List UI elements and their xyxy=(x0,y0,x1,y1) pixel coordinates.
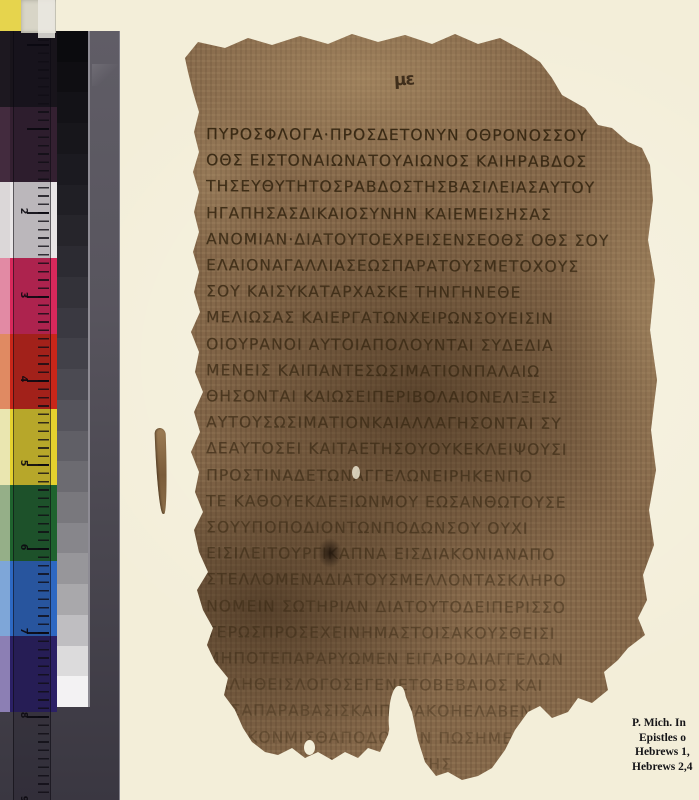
papyrus-text-line: ΠΥΡΟΣΦΛΟΓΑ·ΠΡΟΣΔΕΤΟΝΥΝ ΟΘΡΟΝΟΣΣΟΥ xyxy=(206,125,588,145)
papyrus-text-line: ΟΘΣ ΕΙΣΤΟΝΑΙΩΝΑΤΟΥΑΙΩΝΟΣ ΚΑΙΗΡΑΒΔΟΣ xyxy=(206,151,587,171)
ruler-number-9: 9 xyxy=(17,793,29,800)
color-patch-left-maroon xyxy=(0,107,10,183)
ink-blot xyxy=(318,538,342,568)
grayscale-step-18 xyxy=(57,584,88,615)
ruler-number-4: 4 xyxy=(17,373,29,385)
yellow-patch-top xyxy=(0,0,22,31)
grayscale-step-17 xyxy=(57,553,88,584)
color-patch-left-green xyxy=(0,485,10,561)
papyrus-text-line: ΤΗΣΕΥΘΥΤΗΤΟΣΡΑΒΔΟΣΤΗΣΒΑΣΙΛΕΙΑΣΑΥΤΟΥ xyxy=(206,178,595,198)
color-patch-left-red xyxy=(0,334,10,410)
caption-line: Hebrews 2,4 xyxy=(630,760,699,775)
papyrus-text-line: ΕΚΦΕΥΞΟΜΕΘΑ ΤΗΛΙΚΑΥΤΗΣ xyxy=(206,754,452,773)
papyrus-text-line: ΤΕΡΩΣΠΡΟΣΕΧΕΙΝΗΜΑΣΤΟΙΣΑΚΟΥΣΘΕΙΣΙ xyxy=(206,623,556,643)
papyrus-text-line: ΛΑΛΗΘΕΙΣΛΟΓΟΣΕΓΕΝΕΤΟΒΕΒΑΙΟΣ ΚΑΙ xyxy=(206,675,543,694)
papyrus-text-line: ΔΕΑΥΤΟΣΕΙ ΚΑΙΤΑΕΤΗΣΟΥΟΥΚΕΚΛΕΙΨΟΥΣΙ xyxy=(206,440,567,460)
papyrus-fragment-sliver xyxy=(155,428,169,514)
tape-piece-small xyxy=(38,0,55,38)
color-patch-left-black xyxy=(0,31,10,107)
ruler-number-6: 6 xyxy=(17,541,29,553)
ruler-number-7: 7 xyxy=(17,625,29,637)
color-patch-left-yellow xyxy=(0,409,10,485)
grayscale-step-6 xyxy=(57,215,88,246)
color-patch-left-violet xyxy=(0,636,10,712)
papyrus-text-line: ΠΑΣΑΠΑΡΑΒΑΣΙΣΚΑΙΠΑΡΑΚΟΗΕΛΑΒΕΝ xyxy=(206,702,533,721)
ruler-number-8: 8 xyxy=(17,709,29,721)
color-calibration-strip-left-column xyxy=(0,31,10,712)
transparent-ruler: 23456789 xyxy=(13,31,51,800)
color-patch-left-blue xyxy=(0,561,10,637)
grayscale-step-13 xyxy=(57,431,88,462)
grayscale-step-19 xyxy=(57,615,88,646)
color-patch-left-white xyxy=(0,182,10,258)
papyrus-text-line: ΑΥΤΟΥΣΩΣΙΜΑΤΙΟΝΚΑΙΑΛΛΑΓΗΣΟΝΤΑΙ ΣΥ xyxy=(206,413,562,433)
photo-caption: P. Mich. InEpistles oHebrews 1,Hebrews 2… xyxy=(630,716,699,774)
ruler-major-ticks xyxy=(27,31,49,800)
archival-photo-page: 23456789 με ΠΥΡΟΣΦΛΟΓΑ·ΠΡΟΣΔΕΤΟΝΥΝ ΟΘΡΟΝ… xyxy=(0,0,699,800)
grayscale-step-7 xyxy=(57,246,88,277)
papyrus-text-line: ΜΕΛΙΩΣΑΣ ΚΑΙΕΡΓΑΤΩΝΧΕΙΡΩΝΣΟΥΕΙΣΙΝ xyxy=(206,309,554,329)
grayscale-step-12 xyxy=(57,400,88,431)
backing-corner-notch xyxy=(92,64,118,86)
papyrus-text-line: ΕΙΣΙΛΕΙΤΟΥΡΓΙΚΑΠΝΑ ΕΙΣΔΙΑΚΟΝΙΑΝΑΠΟ xyxy=(206,544,556,564)
caption-line: Epistles o xyxy=(630,731,699,746)
ruler-number-2: 2 xyxy=(17,205,29,217)
grayscale-step-20 xyxy=(57,646,88,677)
papyrus-text-line: ΠΡΟΣΤΙΝΑΔΕΤΩΝΑΓΓΕΛΩΝΕΙΡΗΚΕΝΠΟ xyxy=(206,466,533,485)
grayscale-step-3 xyxy=(57,123,88,154)
grayscale-step-11 xyxy=(57,369,88,400)
grayscale-step-15 xyxy=(57,492,88,523)
ruler-number-3: 3 xyxy=(17,289,29,301)
grayscale-step-10 xyxy=(57,338,88,369)
papyrus-text-line: ΣΟΥ ΚΑΙΣΥΚΑΤΑΡΧΑΣΚΕ ΤΗΝΓΗΝΕΘΕ xyxy=(206,282,521,301)
papyrus-hole xyxy=(352,466,360,479)
papyrus-text-line: ΟΙΟΥΡΑΝΟΙ ΑΥΤΟΙΑΠΟΛΟΥΝΤΑΙ ΣΥΔΕΔΙΑ xyxy=(206,335,554,355)
papyrus-text-line: ΝΟΜΕΙΝ ΣΩΤΗΡΙΑΝ ΔΙΑΤΟΥΤΟΔΕΙΠΕΡΙΣΣΟ xyxy=(206,597,566,617)
papyrus-page-number: με xyxy=(393,69,414,90)
caption-line: P. Mich. In xyxy=(630,716,699,731)
papyrus-text-line: ΜΗΠΟΤΕΠΑΡΑΡΥΩΜΕΝ ΕΙΓΑΡΟΔΙΑΓΓΕΛΩΝ xyxy=(206,649,564,669)
papyrus-text-line: ΤΕ ΚΑΘΟΥΕΚΔΕΞΙΩΝΜΟΥ ΕΩΣΑΝΘΩΤΟΥΣΕ xyxy=(206,492,567,512)
grayscale-step-14 xyxy=(57,461,88,492)
papyrus-text-line: ΗΓΑΠΗΣΑΣΔΙΚΑΙΟΣΥΝΗΝ ΚΑΙΕΜΕΙΣΗΣΑΣ xyxy=(206,204,552,224)
ruler-number-5: 5 xyxy=(17,457,29,469)
grayscale-step-9 xyxy=(57,308,88,339)
papyrus-text-line: ΕΝΔΙΚΟΝΜΙΣΘΑΠΟΔΟΣΙΑΝ ΠΩΣΗΜΕΙΣ xyxy=(206,728,530,747)
papyrus-text-line: ΘΗΣΟΝΤΑΙ ΚΑΙΩΣΕΙΠΕΡΙΒΟΛΑΙΟΝΕΛΙΞΕΙΣ xyxy=(206,387,559,407)
grayscale-step-21 xyxy=(57,676,88,707)
grayscale-step-8 xyxy=(57,277,88,308)
papyrus-text-line: ΣΟΥΥΠΟΠΟΔΙΟΝΤΩΝΠΟΔΩΝΣΟΥ ΟΥΧΙ xyxy=(206,518,529,537)
grayscale-step-4 xyxy=(57,154,88,185)
grayscale-step-wedge xyxy=(57,31,90,707)
papyrus-text-line: ΜΕΝΕΙΣ ΚΑΙΠΑΝΤΕΣΩΣΙΜΑΤΙΟΝΠΑΛΑΙΩ xyxy=(206,361,540,380)
papyrus-text-line: ΕΛΑΙΟΝΑΓΑΛΛΙΑΣΕΩΣΠΑΡΑΤΟΥΣΜΕΤΟΧΟΥΣ xyxy=(206,256,579,276)
papyrus-text-line: ΑΝΟΜΙΑΝ·ΔΙΑΤΟΥΤΟΕΧΡΕΙΣΕΝΣΕΟΘΣ ΟΘΣ ΣΟΥ xyxy=(206,230,609,250)
grayscale-step-16 xyxy=(57,523,88,554)
papyrus-hole xyxy=(304,740,315,755)
grayscale-step-1 xyxy=(57,62,88,93)
color-patch-left-magenta xyxy=(0,258,10,334)
grayscale-step-0 xyxy=(57,31,88,62)
papyrus-text-line: ΣΤΕΛΛΟΜΕΝΑΔΙΑΤΟΥΣΜΕΛΛΟΝΤΑΣΚΛΗΡΟ xyxy=(206,571,567,591)
grayscale-step-5 xyxy=(57,185,88,216)
caption-line: Hebrews 1, xyxy=(630,745,699,760)
grayscale-step-2 xyxy=(57,92,88,123)
